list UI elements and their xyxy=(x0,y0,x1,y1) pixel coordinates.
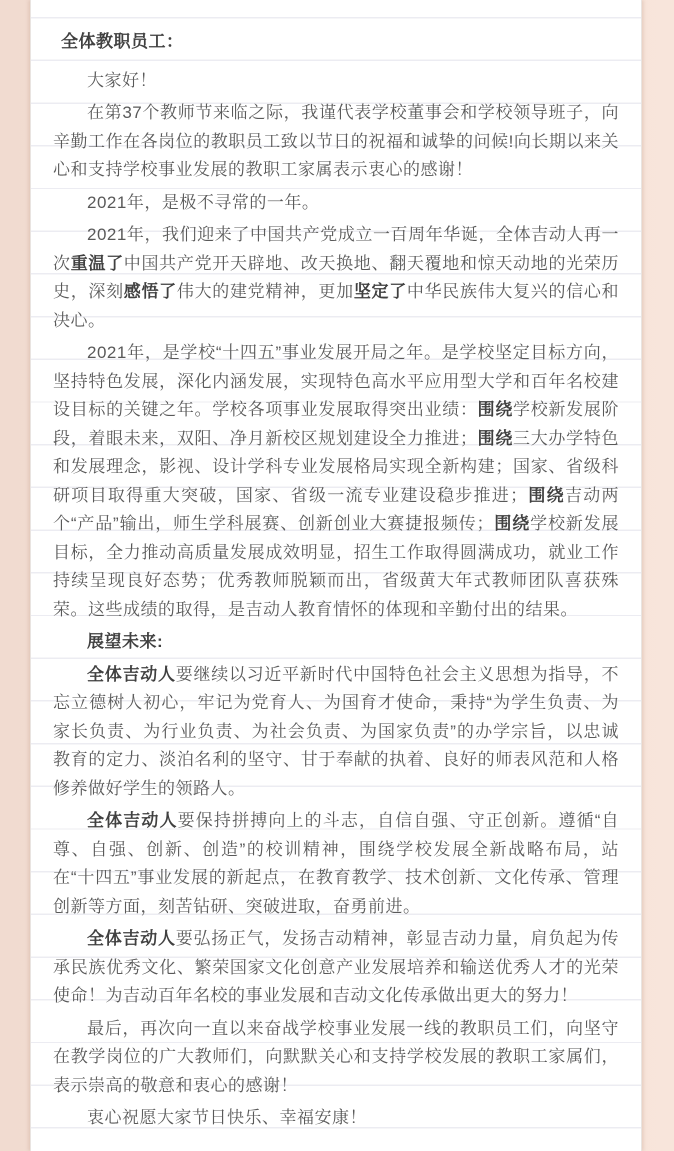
letter-card: 全体教职员工： 大家好！在第37个教师节来临之际，我谨代表学校董事会和学校领导班… xyxy=(30,0,642,1151)
paragraph: 展望未来: xyxy=(53,628,619,657)
letter-body: 全体教职员工： 大家好！在第37个教师节来临之际，我谨代表学校董事会和学校领导班… xyxy=(53,28,619,1133)
body-text: 伟大的建党精神，更加 xyxy=(177,282,354,301)
emphasis-text: 围绕 xyxy=(528,486,565,505)
article-page: { "theme": { "page_background_left": "#f… xyxy=(0,0,674,1151)
body-text: 最后，再次向一直以来奋战学校事业发展一线的教职员工们，向坚守在教学岗位的广大教师… xyxy=(53,1019,619,1095)
paragraph: 2021年，是学校“十四五”事业发展开局之年。是学校坚定目标方向，坚持特色发展，… xyxy=(53,339,619,624)
body-text: 在第37个教师节来临之际，我谨代表学校董事会和学校领导班子，向辛勤工作在各岗位的… xyxy=(53,103,619,179)
paragraph: 衷心祝愿大家节日快乐、幸福安康！ xyxy=(53,1104,619,1133)
emphasis-text: 围绕 xyxy=(477,429,513,448)
paragraph: 最后，再次向一直以来奋战学校事业发展一线的教职员工们，向坚守在教学岗位的广大教师… xyxy=(53,1015,619,1101)
emphasis-text: 感悟了 xyxy=(124,282,177,301)
emphasis-text: 围绕 xyxy=(494,514,530,533)
body-text: 衷心祝愿大家节日快乐、幸福安康！ xyxy=(87,1108,367,1127)
body-text: 大家好！ xyxy=(87,71,157,90)
paragraph: 2021年，是极不寻常的一年。 xyxy=(53,189,619,218)
paragraph: 全体吉动人要继续以习近平新时代中国特色社会主义思想为指导，不忘立德树人初心，牢记… xyxy=(53,661,619,804)
emphasis-text: 重温了 xyxy=(71,254,124,273)
emphasis-text: 展望未来: xyxy=(87,632,163,651)
letter-paragraphs: 大家好！在第37个教师节来临之际，我谨代表学校董事会和学校领导班子，向辛勤工作在… xyxy=(53,67,619,1133)
emphasis-text: 全体吉动人 xyxy=(87,665,176,684)
paragraph: 大家好！ xyxy=(53,67,619,96)
body-text: 2021年，是极不寻常的一年。 xyxy=(87,193,319,212)
paragraph: 全体吉动人要保持拼搏向上的斗志，自信自强、守正创新。遵循“自尊、自强、创新、创造… xyxy=(53,807,619,921)
emphasis-text: 全体吉动人 xyxy=(87,929,176,948)
emphasis-text: 围绕 xyxy=(478,400,513,419)
paragraph: 在第37个教师节来临之际，我谨代表学校董事会和学校领导班子，向辛勤工作在各岗位的… xyxy=(53,99,619,185)
emphasis-text: 全体吉动人 xyxy=(87,811,178,830)
paragraph: 全体吉动人要弘扬正气，发扬吉动精神，彰显吉动力量，肩负起为传承民族优秀文化、繁荣… xyxy=(53,925,619,1011)
paragraph: 2021年，我们迎来了中国共产党成立一百周年华诞，全体吉动人再一次重温了中国共产… xyxy=(53,221,619,335)
emphasis-text: 坚定了 xyxy=(354,282,407,301)
salutation: 全体教职员工： xyxy=(53,28,619,57)
body-text: 要继续以习近平新时代中国特色社会主义思想为指导，不忘立德树人初心，牢记为党育人、… xyxy=(53,665,619,798)
